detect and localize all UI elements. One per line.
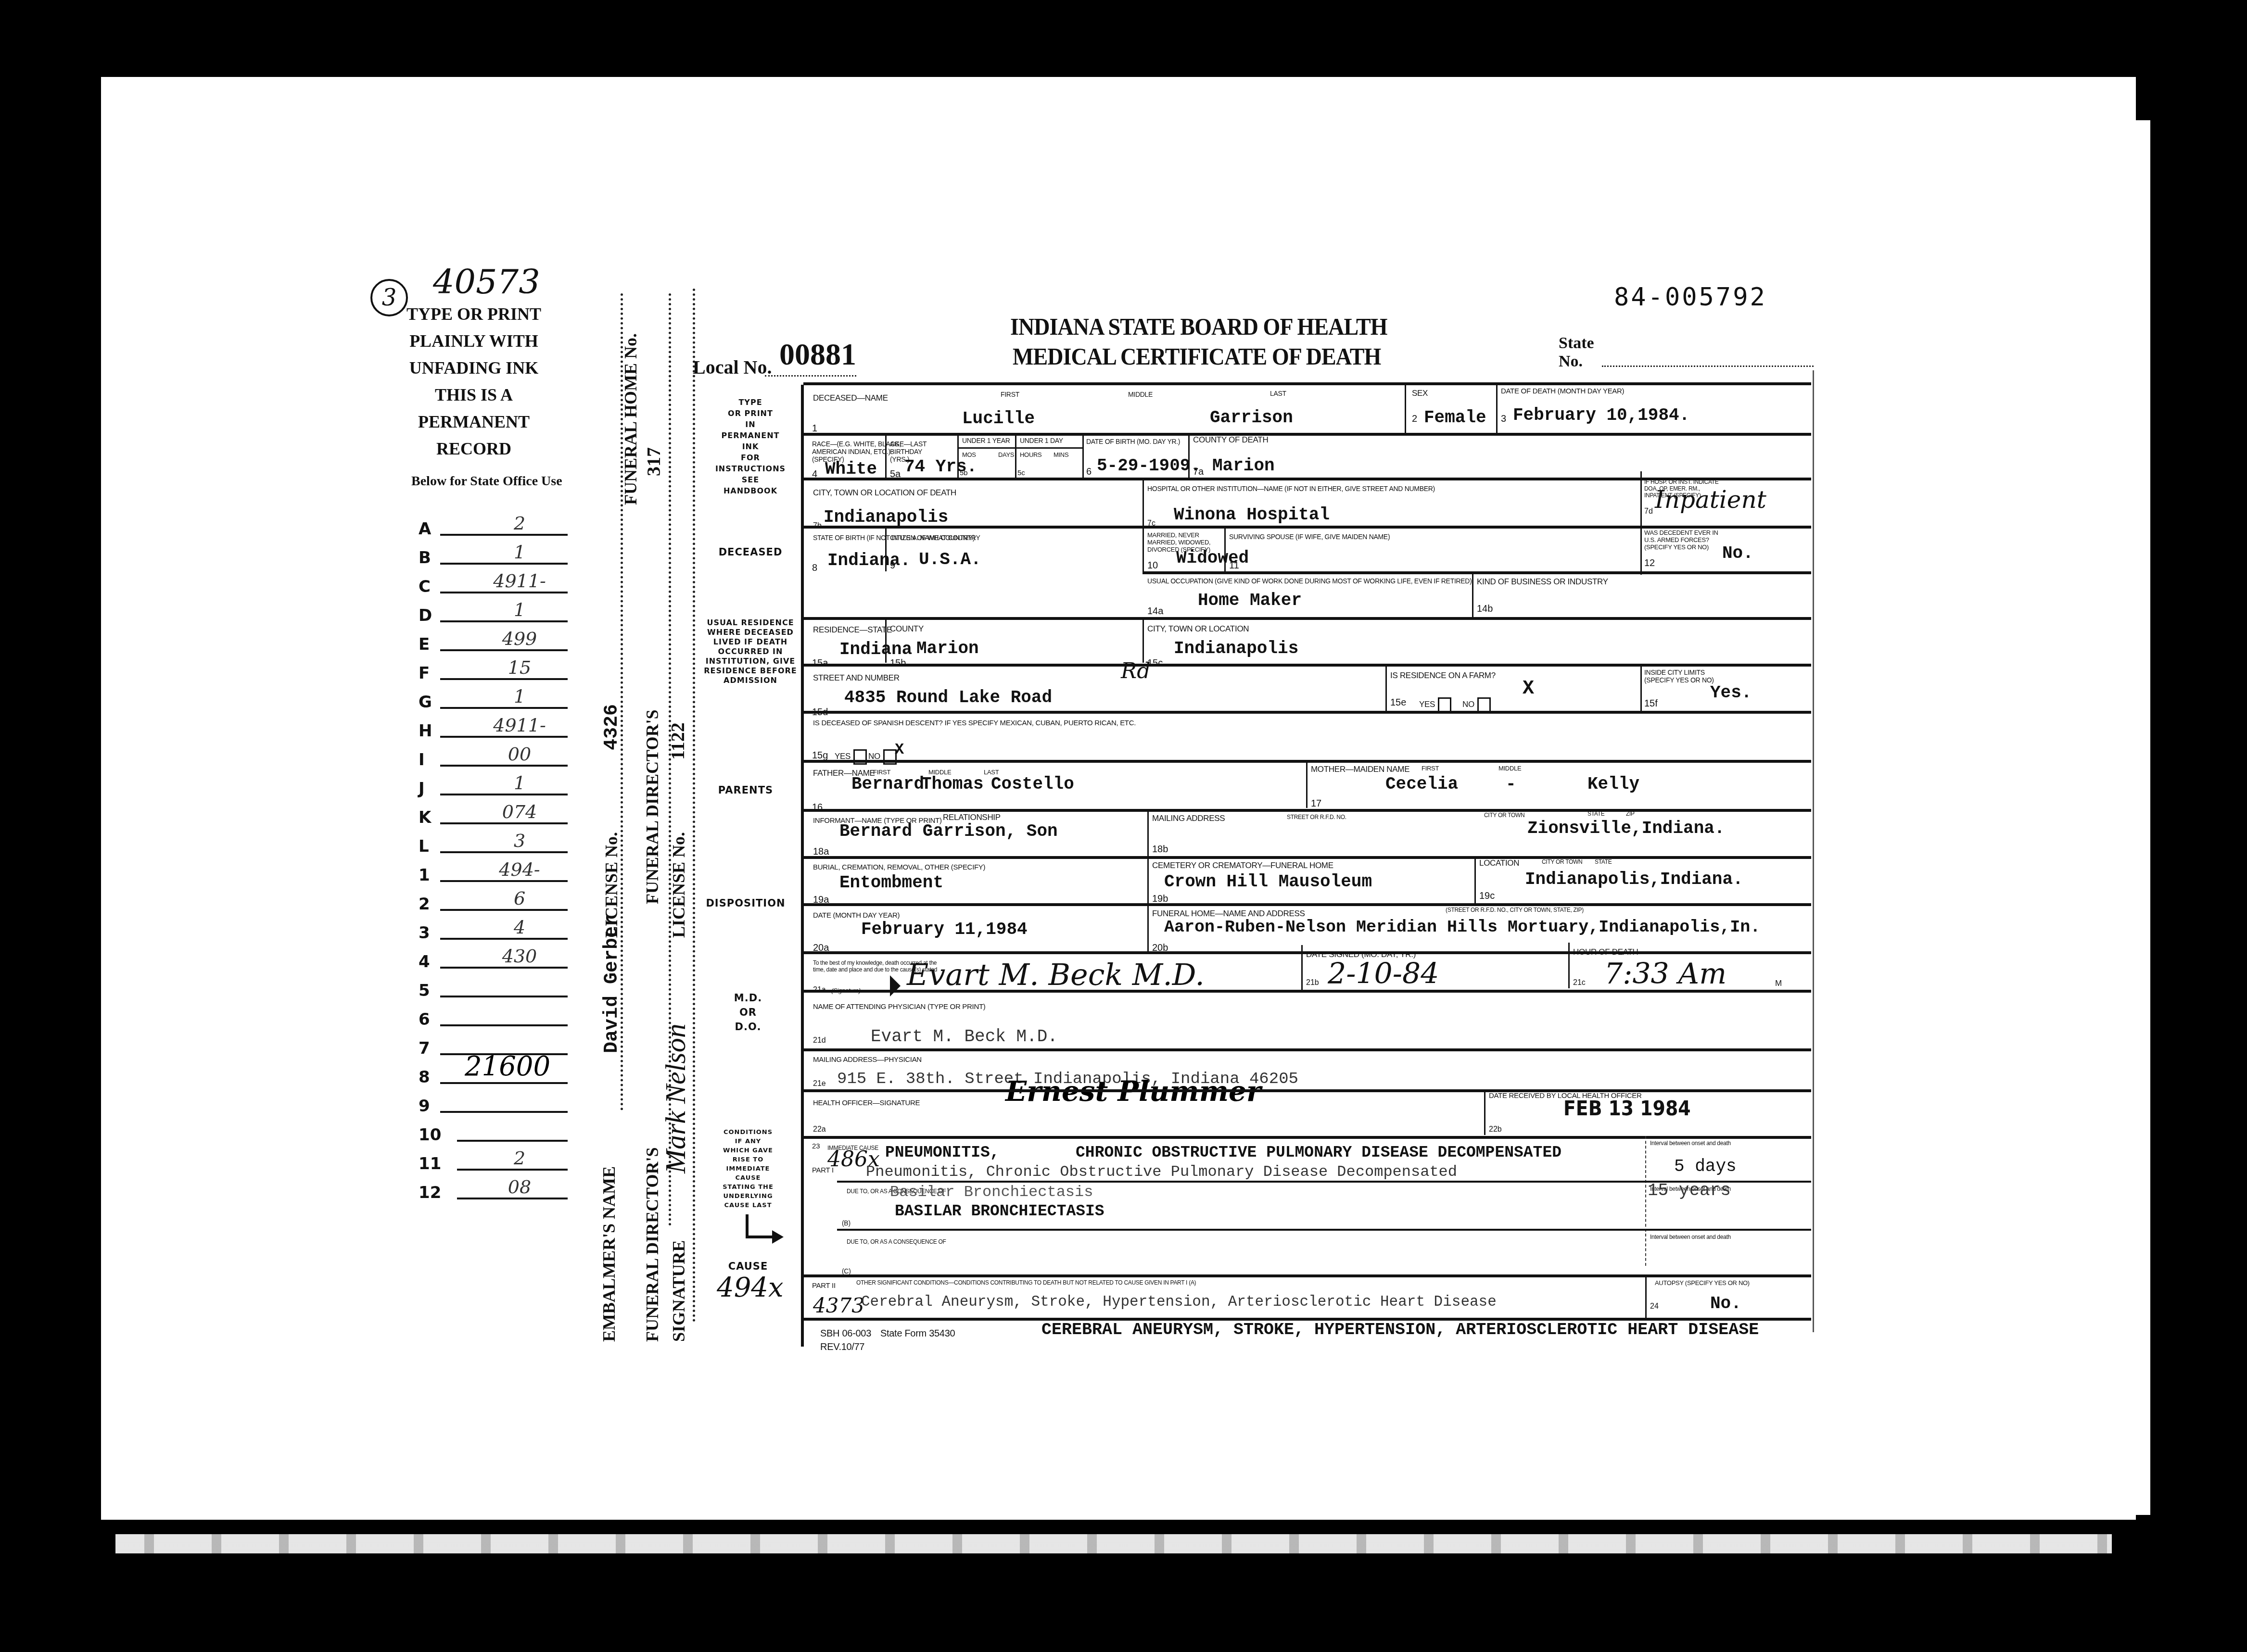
form-code: SBH 06-003 (820, 1328, 871, 1339)
title-certificate: MEDICAL CERTIFICATE OF DEATH (1013, 342, 1381, 370)
date-of-birth: 5-29-1909. (1097, 456, 1201, 476)
side-residence: USUAL RESIDENCEWHERE DECEASEDLIVED IF DE… (693, 618, 808, 685)
embalmer-name: David Gerber (601, 915, 623, 1053)
funeral-director-signature: Mark Nelson (659, 1023, 692, 1173)
arrow-shaft (746, 1236, 774, 1238)
dotted-divider (693, 289, 695, 1323)
father-first: Bernard (851, 774, 924, 794)
mother-last: Kelly (1587, 774, 1639, 794)
rule (803, 617, 1811, 620)
divider (1147, 903, 1149, 951)
label-street: STREET AND NUMBER (813, 673, 900, 683)
divider (1147, 856, 1149, 904)
office-field-12: 1208 (419, 1173, 568, 1202)
signature-pointer-icon (890, 975, 901, 996)
label-part-2: PART II (812, 1282, 836, 1290)
arrow-stem (746, 1214, 749, 1238)
rule (803, 1048, 1811, 1051)
divider (1640, 471, 1642, 575)
funeral-director-license-label: LICENSE No. (669, 832, 689, 938)
divider (1143, 478, 1144, 526)
funeral-director-label: FUNERAL DIRECTOR'S (642, 710, 662, 904)
cause-a: Pneumonitis, Chronic Obstructive Pulmona… (866, 1163, 1457, 1181)
office-field-8: 821600 (419, 1058, 568, 1087)
funeral-home-label: FUNERAL HOME No. (621, 333, 641, 505)
office-field-l: L3 (419, 827, 568, 856)
instruction-line: UNFADING INK (394, 354, 553, 381)
office-field-5: 5 (419, 971, 568, 1000)
label-burial: BURIAL, CREMATION, REMOVAL, OTHER (Speci… (813, 863, 985, 871)
form-left-border (801, 385, 804, 1347)
divider (1405, 382, 1406, 433)
label-mailing-address: MAILING ADDRESS (1152, 814, 1225, 823)
divider (1301, 945, 1303, 991)
rule (803, 1136, 1811, 1139)
rule (803, 856, 1811, 859)
label-state: STATE (1595, 858, 1612, 865)
label-surviving-spouse: SURVIVING SPOUSE (If wife, give maiden n… (1229, 533, 1390, 541)
label-mos: MOS (962, 451, 976, 458)
rule (803, 990, 1811, 993)
state-number: 84-005792 (1614, 283, 1767, 312)
label-industry: KIND OF BUSINESS OR INDUSTRY (1477, 577, 1608, 587)
cause-code: 494x (717, 1272, 783, 1303)
office-field-j: J1 (419, 769, 568, 798)
other-conditions-caps: CEREBRAL ANEURYSM, STROKE, HYPERTENSION,… (1041, 1320, 1759, 1339)
scan-artifact-strip (115, 1534, 2112, 1553)
state-form-number: State Form 35430 (880, 1328, 955, 1339)
physician-signature: Evart M. Beck M.D. (907, 957, 1205, 992)
father-last: Costello (991, 774, 1074, 794)
cause-a-caps: PNEUMONITIS, CHRONIC OBSTRUCTIVE PULMONA… (885, 1144, 1561, 1161)
local-no-dotted-line (765, 375, 856, 377)
date-received-stamp: FEB 13 1984 (1563, 1097, 1690, 1120)
burial-method: Entombment (839, 873, 943, 893)
label-hours: HOURS (1020, 451, 1041, 458)
office-field-d: D1 (419, 596, 568, 625)
label-hospital: HOSPITAL OR OTHER INSTITUTION—Name (If n… (1147, 485, 1435, 492)
office-field-f: F15 (419, 654, 568, 683)
cause-a-interval: 5 days (1674, 1157, 1737, 1176)
informant-name: Bernard Garrison, Son (839, 821, 1058, 841)
label-mins: MINS (1054, 451, 1068, 458)
office-field-e: E499 (419, 625, 568, 654)
label-street-rfd: STREET OR R.F.D. NO. (1287, 814, 1346, 820)
spanish-mark: X (895, 741, 904, 758)
divider (1224, 526, 1226, 571)
other-conditions: Cerebral Aneurysm, Stroke, Hypertension,… (861, 1294, 1497, 1311)
state-no-dotted-line (1602, 366, 1814, 367)
embalmer-license-number: 4326 (601, 704, 623, 750)
funeral-home-number: 317 (642, 447, 665, 476)
office-field-4: 4430 (419, 943, 568, 971)
form-right-edge (1813, 370, 1814, 1332)
label-county-of-death: COUNTY OF DEATH (1193, 435, 1268, 445)
disposition-date: February 11,1984 (861, 920, 1028, 939)
rule (1143, 571, 1811, 574)
instruction-line: THIS IS A (394, 381, 553, 408)
citizenship: U.S.A. (919, 550, 981, 569)
doa-value: Inpatient (1655, 486, 1766, 514)
cause-b-caps: BASILAR BRONCHIECTASIS (895, 1202, 1104, 1220)
divider (1474, 856, 1476, 904)
informant-mailing: Zionsville,Indiana. (1527, 819, 1725, 838)
office-field-10: 10 (419, 1116, 568, 1145)
autopsy: No. (1710, 1294, 1741, 1313)
label-attending-physician: NAME OF ATTENDING PHYSICIAN (Type or Pri… (813, 1003, 986, 1011)
office-field-a: A2 (419, 510, 568, 539)
divider (885, 433, 887, 479)
county-of-death: Marion (1212, 456, 1275, 476)
label-other-conditions: OTHER SIGNIFICANT CONDITIONS—Conditions … (856, 1279, 1196, 1286)
rule (837, 1229, 1811, 1231)
page-edge (2136, 120, 2150, 1515)
label-relationship: RELATIONSHIP (943, 813, 1001, 822)
divider (1143, 526, 1144, 571)
deceased-last-name: Garrison (1210, 408, 1293, 428)
cause-b: Basilar Bronchiectasis (890, 1183, 1093, 1201)
office-field-6: 6 (419, 1000, 568, 1029)
ink-instructions: TYPE OR PRINT PLAINLY WITH UNFADING INK … (394, 301, 553, 462)
office-field-2: 26 (419, 885, 568, 914)
instruction-line: PERMANENT (394, 408, 553, 435)
funeral-director-signature-label: FUNERAL DIRECTOR'S (642, 1148, 662, 1342)
label-deceased-name: DECEASED—NAME (813, 393, 888, 403)
divider (1568, 943, 1570, 988)
side-instructions: TYPEOR PRINTINPERMANENTINKFORINSTRUCTION… (698, 397, 803, 496)
local-no: 00881 (779, 337, 856, 372)
label-disposition-date: DATE (MONTH DAY YEAR) (813, 911, 900, 920)
label-occupation: USUAL OCCUPATION (Give kind of work done… (1147, 577, 1472, 585)
label-under-1-year: UNDER 1 YEAR (962, 437, 1010, 444)
mother-first: Cecelia (1385, 774, 1458, 794)
funeral-director-license-number: 1122 (666, 722, 689, 760)
divider (1082, 433, 1084, 479)
instruction-line: PLAINLY WITH (394, 328, 553, 354)
hospital-name: Winona Hospital (1174, 505, 1330, 525)
divider (1496, 382, 1498, 433)
office-field-11: 112 (419, 1145, 568, 1173)
rule (803, 382, 1811, 385)
attending-physician: Evart M. Beck M.D. (871, 1027, 1058, 1047)
label-residence-city: CITY, TOWN OR LOCATION (1147, 624, 1249, 634)
cemetery: Crown Hill Mausoleum (1164, 872, 1372, 892)
sex-value: Female (1424, 408, 1486, 428)
label-location: LOCATION (1479, 858, 1519, 868)
office-field-9: 9 (419, 1087, 568, 1116)
title-board: INDIANA STATE BOARD OF HEALTH (1010, 313, 1387, 340)
rule (803, 1274, 1811, 1277)
label-mother: MOTHER—MAIDEN NAME (1311, 765, 1409, 774)
office-field-b: B1 (419, 539, 568, 567)
divider (1306, 760, 1308, 808)
office-field-c: C4911- (419, 567, 568, 596)
deceased-first-name: Lucille (962, 409, 1035, 429)
label-city-or-town: CITY OR TOWN (1542, 858, 1582, 865)
rule (803, 526, 1811, 529)
label-interval: Interval between onset and death (1650, 1140, 1731, 1147)
label-state: STATE (1587, 810, 1604, 817)
office-field-3: 34 (419, 914, 568, 943)
divider (957, 433, 959, 479)
signature-label: SIGNATURE (669, 1240, 689, 1342)
cause-b-interval: 15 years (1648, 1181, 1731, 1200)
occupation: Home Maker (1198, 591, 1302, 610)
divider (1472, 571, 1473, 617)
burial-location: Indianapolis,Indiana. (1525, 870, 1743, 889)
label-physician-address: MAILING ADDRESS—PHYSICIAN (813, 1056, 922, 1064)
label-last: LAST (1270, 390, 1286, 397)
label-health-officer: HEALTH OFFICER—SIGNATURE (813, 1099, 920, 1107)
office-field-i: I00 (419, 741, 568, 769)
handwritten-record-number: 40573 (433, 262, 540, 302)
rule (803, 1089, 1811, 1092)
other-conditions-code: 4373 (813, 1294, 864, 1317)
rule (803, 664, 1811, 667)
label-citizen: CITIZEN OF WHAT COUNTRY (890, 534, 980, 542)
instruction-line: RECORD (394, 435, 553, 462)
label-middle: MIDDLE (1128, 391, 1153, 398)
divider (885, 617, 887, 663)
interval-divider (1645, 1136, 1647, 1266)
office-field-1: 1494- (419, 856, 568, 885)
divider (885, 526, 887, 571)
divider (1645, 1274, 1647, 1318)
label-farm: IS RESIDENCE ON A FARM? (1390, 671, 1496, 681)
rule (803, 433, 1811, 436)
label-spanish-descent: IS DECEASED OF SPANISH DESCENT? IF YES S… (813, 719, 1136, 727)
embalmer-name-label: EMBALMER'S NAME (599, 1166, 619, 1342)
inside-city-limits: Yes. (1710, 683, 1752, 703)
label-sex: SEX (1412, 389, 1428, 398)
state-office-label: Below for State Office Use (411, 474, 562, 489)
label-date-of-birth: DATE OF BIRTH (Mo. Day Yr.) (1086, 438, 1180, 445)
hour-suffix: M (1775, 979, 1782, 988)
divider (1188, 433, 1190, 479)
state-label: State (1559, 334, 1594, 353)
street-annotation: Rd (1121, 659, 1150, 683)
label-date-of-death: DATE OF DEATH (MONTH DAY YEAR) (1501, 387, 1624, 395)
label-funeral-home-address: (STREET OR R.F.D. NO., CITY OR TOWN, STA… (1446, 907, 1584, 913)
date-of-death: February 10,1984. (1513, 405, 1689, 425)
residence-city: Indianapolis (1174, 639, 1298, 658)
residence-county: Marion (916, 639, 979, 658)
rule (803, 711, 1811, 714)
local-no-label: Local No. (693, 356, 772, 378)
side-md-or-do: M.D.ORD.O. (712, 991, 784, 1034)
city-of-death: Indianapolis (824, 507, 948, 527)
side-conditions: CONDITIONSIF ANYWHICH GAVERISE TOIMMEDIA… (717, 1128, 779, 1210)
divider (1484, 1089, 1485, 1135)
hour-of-death: 7:33 Am (1604, 957, 1727, 991)
father-middle: Thomas (921, 774, 984, 794)
label-middle: MIDDLE (1498, 765, 1521, 772)
divider (1143, 617, 1144, 663)
label-city-or-town: CITY OR TOWN (1484, 812, 1524, 819)
race-value: White (825, 459, 877, 479)
side-parents: PARENTS (698, 784, 794, 796)
side-disposition: DISPOSITION (693, 897, 799, 909)
label-days: DAYS (998, 451, 1014, 458)
side-deceased: DECEASED (698, 546, 803, 558)
side-cause: CAUSE (717, 1260, 779, 1273)
divider (1385, 664, 1387, 712)
label-residence-state: RESIDENCE—STATE (813, 625, 892, 635)
date-signed: 2-10-84 (1328, 957, 1439, 991)
farm-mark: X (1523, 678, 1534, 700)
label-residence-county: COUNTY (890, 624, 924, 634)
label-hour-of-death: HOUR OF DEATH (1573, 947, 1638, 957)
label-zip: ZIP (1626, 810, 1635, 817)
state-no-label: State No. (1559, 334, 1594, 371)
mother-middle: - (1506, 774, 1516, 794)
form-revision: REV.10/77 (820, 1342, 864, 1353)
arrow-right-icon (772, 1230, 784, 1244)
label-autopsy: AUTOPSY (Specify Yes or No) (1655, 1279, 1750, 1286)
divider (1640, 664, 1642, 712)
label-city-limits: INSIDE CITY LIMITS (SPECIFY YES OR NO) (1644, 668, 1716, 684)
residence-state: Indiana (839, 640, 912, 659)
office-field-k: K074 (419, 798, 568, 827)
label-under-1-day: UNDER 1 DAY (1020, 437, 1063, 444)
rule (957, 447, 1082, 449)
office-field-g: G1 (419, 683, 568, 712)
label-first: FIRST (1422, 765, 1439, 772)
instruction-line: TYPE OR PRINT (394, 301, 553, 328)
label-due-to: DUE TO, OR AS A CONSEQUENCE OF (847, 1238, 946, 1245)
state-of-birth: Indiana. (827, 551, 911, 570)
funeral-home-name: Aaron-Ruben-Nelson Meridian Hills Mortua… (1164, 918, 1760, 937)
divider (1147, 809, 1149, 856)
label-cemetery: CEMETERY OR CREMATORY—FUNERAL HOME (1152, 861, 1333, 870)
street-address: 4835 Round Lake Road (844, 688, 1052, 707)
rule (803, 903, 1811, 906)
label-first: FIRST (1001, 391, 1019, 398)
label-funeral-home: FUNERAL HOME—NAME AND ADDRESS (1152, 909, 1305, 919)
label-interval: Interval between onset and death (1650, 1234, 1731, 1240)
label-city-of-death: CITY, TOWN OR LOCATION OF DEATH (813, 488, 956, 498)
no-label: No. (1559, 353, 1594, 371)
armed-forces: No. (1722, 543, 1753, 563)
office-field-h: H4911- (419, 712, 568, 741)
divider (1015, 433, 1016, 479)
rule (803, 809, 1811, 812)
label-armed-forces: WAS DECEDENT EVER IN U.S. ARMED FORCES? … (1644, 529, 1728, 551)
